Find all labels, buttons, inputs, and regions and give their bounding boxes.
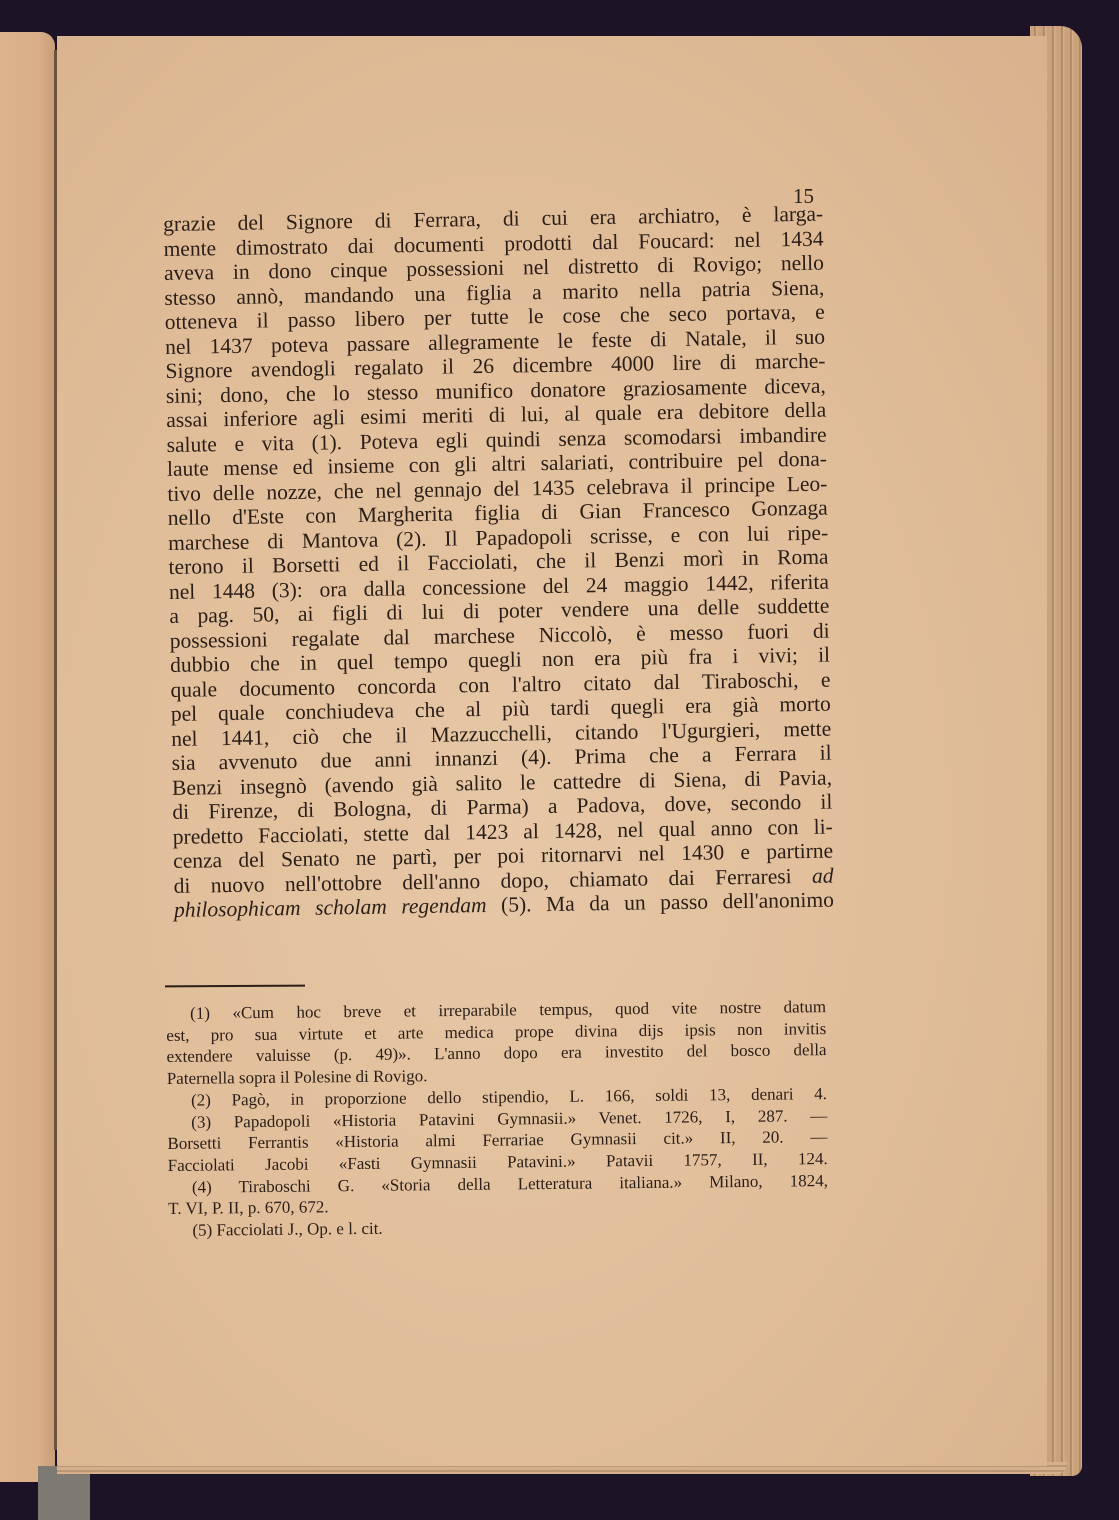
italic-latin: ad xyxy=(812,863,834,887)
italic-latin-phrase: philosophicam scholam regendam xyxy=(174,893,487,922)
body-line-text: (5). Ma da un passo dell'anonimo xyxy=(486,888,834,917)
footnotes: (1) «Cum hoc breve et irreparabile tempu… xyxy=(166,996,828,1242)
body-text: grazie del Signore di Ferrara, di cui er… xyxy=(163,202,834,923)
book-spine xyxy=(38,1466,90,1520)
left-page-edge xyxy=(0,32,55,1482)
